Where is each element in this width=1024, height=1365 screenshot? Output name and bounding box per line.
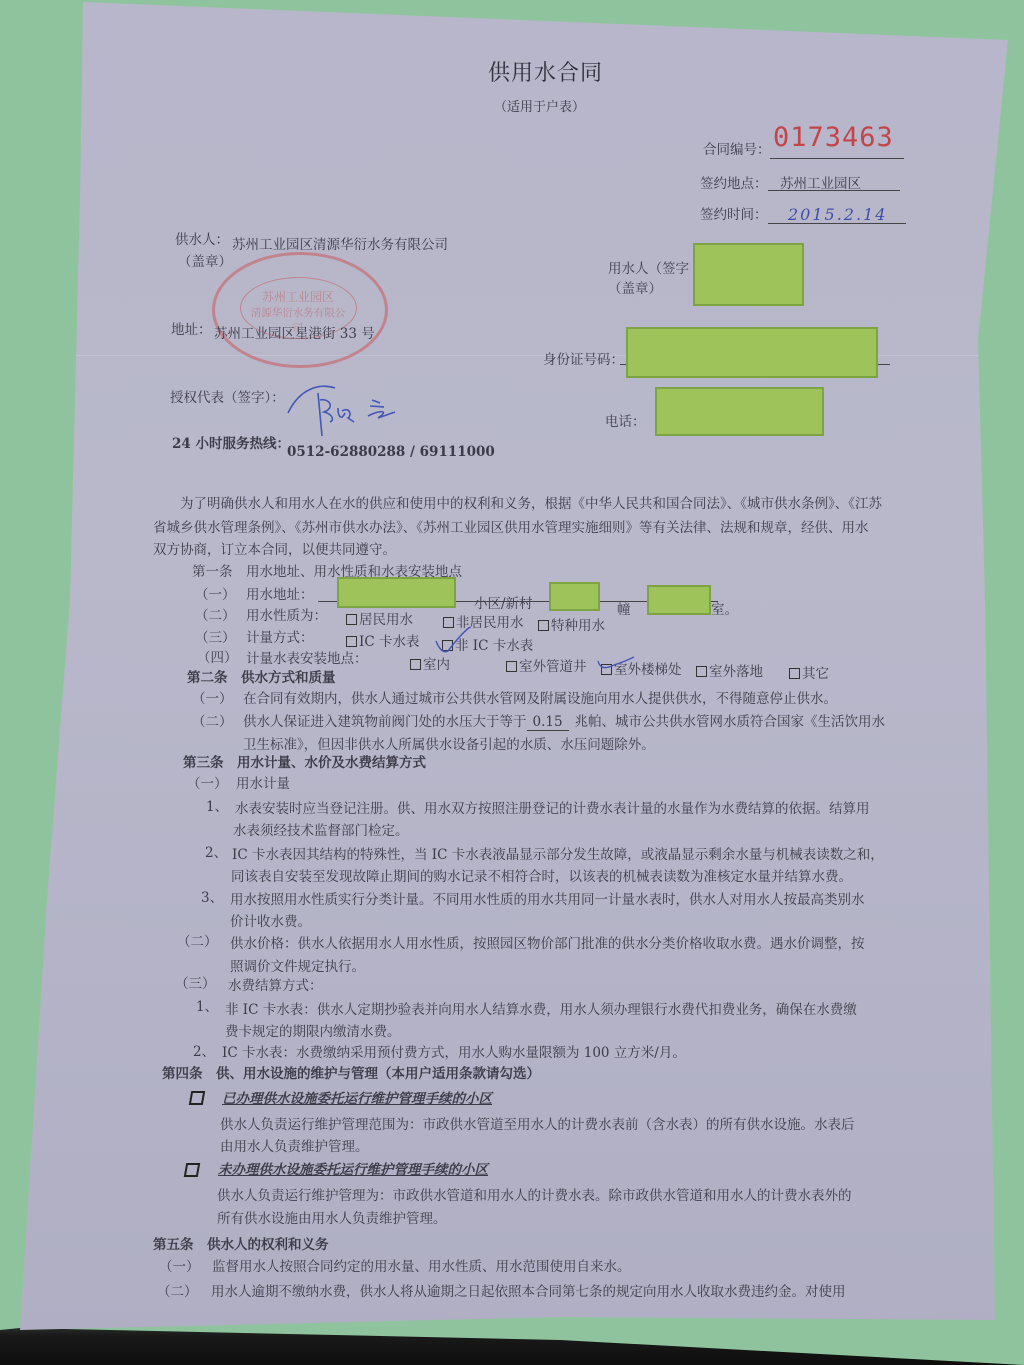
contract-no-label: 合同编号： bbox=[703, 138, 771, 158]
meter-location-label: 计量水表安装地点： bbox=[246, 647, 368, 667]
redacted-user-signature bbox=[693, 243, 804, 306]
usage-type-label: 用水性质为： bbox=[246, 604, 327, 624]
location-option-other[interactable]: 其它 bbox=[789, 662, 829, 682]
checkbox[interactable] bbox=[506, 661, 517, 672]
article-2-item-1-text: 在合同有效期内，供水人通过城市公共供水管网及附属设施向用水人提供供水，不得随意停… bbox=[243, 687, 837, 707]
location-option-indoor[interactable]: 室内 bbox=[410, 653, 450, 673]
preamble-line-3: 双方协商，订立本合同，以便共同遵守。 bbox=[153, 538, 396, 558]
settlement-item-1-no: 1、 bbox=[196, 995, 218, 1015]
checkbox[interactable] bbox=[538, 620, 549, 631]
article-2-item-2-text-2: 卫生标准》，但因非供水人所属供水设备引起的水质、水压问题除外。 bbox=[243, 733, 655, 753]
article-2-item-1-no: （一） bbox=[192, 687, 233, 707]
maintenance-option-2-line-2: 所有供水设施由用水人负责维护管理。 bbox=[217, 1207, 447, 1227]
sign-time: 2015.2.14 bbox=[788, 205, 887, 224]
metering-item-1-line-2: 水表须经技术监督部门检定。 bbox=[233, 819, 409, 839]
checkbox[interactable] bbox=[346, 636, 357, 647]
hotline-label: 24 小时服务热线： bbox=[172, 432, 290, 452]
maintenance-option-1-line-2: 由用水人负责维护管理。 bbox=[220, 1135, 369, 1155]
checkbox[interactable] bbox=[696, 666, 707, 677]
redacted-room bbox=[647, 585, 711, 615]
representative-signature bbox=[280, 378, 430, 438]
maintenance-option-1-line-1: 供水人负责运行维护管理范围为：市政供水管道至用水人的计费水表前（含水表）的所有供… bbox=[220, 1113, 855, 1133]
article-2-item-2-no: （二） bbox=[192, 710, 233, 730]
preamble-line-1: 为了明确供水人和用水人在水的供应和使用中的权利和义务，根据《中华人民共和国合同法… bbox=[180, 492, 882, 512]
metering-item-2-line-1: IC 卡水表因其结构的特殊性，当 IC 卡水表液晶显示部分发生故障，或液晶显示剩… bbox=[232, 843, 884, 863]
maintenance-option-1-title: 已办理供水设施委托运行维护管理手续的小区 bbox=[222, 1087, 492, 1107]
checkbox[interactable] bbox=[410, 659, 421, 670]
supplier-address: 苏州工业园区星港街 33 号 bbox=[214, 322, 375, 342]
maintenance-option-1-checkbox[interactable] bbox=[190, 1090, 204, 1109]
sign-place: 苏州工业园区 bbox=[780, 176, 861, 192]
phone-label: 电话： bbox=[605, 410, 646, 430]
redacted-id-number bbox=[626, 327, 878, 378]
metering-item-3-line-1: 用水按照用水性质实行分类计量。不同用水性质的用水共用同一计量水表时，供水人对用水… bbox=[230, 888, 865, 908]
article-1-item-1-no: （一） bbox=[195, 583, 236, 603]
article-3-sub-2-no: （二） bbox=[177, 930, 218, 950]
rep-label: 授权代表（签字）： bbox=[170, 386, 285, 406]
maintenance-option-2-line-1: 供水人负责运行维护管理为：市政供水管道和用水人的计费水表。除市政供水管道和用水人… bbox=[217, 1184, 852, 1204]
checkbox[interactable] bbox=[346, 614, 357, 625]
community-label: 小区/新村 bbox=[474, 592, 533, 612]
metering-item-3-line-2: 价计收水费。 bbox=[230, 910, 311, 930]
contract-page: 供用水合同 （适用于户表） 合同编号： 0173463 签约地点： 苏州工业园区… bbox=[0, 0, 1024, 1365]
supplier-name: 苏州工业园区清源华衍水务有限公司 bbox=[232, 233, 448, 253]
contract-no-field: 0173463 bbox=[770, 122, 904, 159]
address-label: 地址： bbox=[171, 318, 212, 338]
article-3-sub-3-title: 水费结算方式： bbox=[228, 974, 323, 994]
settlement-item-1-line-1: 非 IC 卡水表：供水人定期抄验表并向用水人结算水费，用水人须办理银行水费代扣费… bbox=[225, 998, 857, 1018]
article-3-sub-1-no: （一） bbox=[187, 772, 228, 792]
usage-option-special[interactable]: 特种用水 bbox=[538, 614, 605, 634]
article-1-item-4-no: （四） bbox=[197, 646, 238, 666]
water-pressure-value: 0.15 bbox=[527, 714, 569, 731]
sign-time-field: 2015.2.14 bbox=[768, 205, 906, 224]
metering-item-1-no: 1、 bbox=[206, 795, 228, 815]
article-5-item-2-text: 用水人逾期不缴纳水费，供水人将从逾期之日起依照本合同第七条的规定向用水人收取水费… bbox=[211, 1280, 846, 1300]
id-number-label: 身份证号码： bbox=[543, 348, 624, 368]
sign-place-label: 签约地点： bbox=[700, 172, 768, 192]
maintenance-option-2-title: 未办理供水设施委托运行维护管理手续的小区 bbox=[218, 1158, 488, 1178]
location-option-pipe-well[interactable]: 室外管道井 bbox=[506, 655, 587, 675]
check-mark-icon bbox=[596, 655, 636, 671]
metering-item-3-no: 3、 bbox=[201, 886, 223, 906]
article-2-heading: 第二条 供水方式和质量 bbox=[187, 666, 336, 686]
article-4-heading: 第四条 供、用水设施的维护与管理（本用户适用条款请勾选） bbox=[162, 1062, 540, 1082]
article-3-sub-3-no: （三） bbox=[175, 972, 216, 992]
room-label: 室。 bbox=[711, 598, 738, 618]
supplier-label: 供水人： bbox=[175, 228, 229, 248]
stamp-text-1: 苏州工业园区 bbox=[246, 288, 350, 305]
article-5-heading: 第五条 供水人的权利和义务 bbox=[153, 1233, 329, 1253]
metering-label: 计量方式： bbox=[246, 626, 314, 646]
supplier-seal-label: （盖章） bbox=[178, 250, 232, 270]
redacted-street bbox=[337, 577, 456, 608]
building-label: 幢 bbox=[617, 598, 631, 618]
article-5-item-1-text: 监督用水人按照合同约定的用水量、用水性质、用水范围使用自来水。 bbox=[212, 1255, 631, 1275]
metering-item-1-line-1: 水表安装时应当登记注册。供、用水双方按照注册登记的计费水表计量的水量作为水费结算… bbox=[235, 797, 870, 817]
redacted-phone bbox=[655, 387, 824, 436]
document-subtitle: （适用于户表） bbox=[494, 96, 585, 115]
article-3-sub-1-title: 用水计量 bbox=[236, 772, 290, 792]
settlement-item-2-line-1: IC 卡水表：水费缴纳采用预付费方式，用水人购水量限额为 100 立方米/月。 bbox=[222, 1041, 686, 1061]
usage-option-residential[interactable]: 居民用水 bbox=[346, 608, 413, 628]
water-price-line-2: 照调价文件规定执行。 bbox=[230, 955, 365, 975]
location-option-ground[interactable]: 室外落地 bbox=[696, 660, 763, 680]
settlement-item-2-no: 2、 bbox=[193, 1040, 215, 1060]
article-5-item-2-no: （二） bbox=[157, 1280, 198, 1300]
redacted-community bbox=[549, 582, 600, 611]
article-1-item-2-no: （二） bbox=[195, 604, 236, 624]
article-3-heading: 第三条 用水计量、水价及水费结算方式 bbox=[183, 751, 426, 771]
user-sign-label: 用水人（签字 bbox=[608, 257, 689, 277]
document-title: 供用水合同 bbox=[488, 56, 603, 87]
maintenance-option-2-checkbox[interactable] bbox=[185, 1162, 199, 1181]
settlement-item-1-line-2: 费卡规定的期限内缴清水费。 bbox=[225, 1020, 401, 1040]
contract-no: 0173463 bbox=[773, 122, 894, 153]
check-mark-icon bbox=[434, 625, 474, 655]
address-label: 用水地址： bbox=[246, 583, 314, 603]
article-5-item-1-no: （一） bbox=[159, 1255, 200, 1275]
article-1-item-3-no: （三） bbox=[195, 626, 236, 646]
sign-place-field: 苏州工业园区 bbox=[768, 172, 900, 191]
user-seal-label: （盖章） bbox=[608, 277, 662, 297]
metering-item-2-line-2: 同该表自安装至发现故障止期间的购水记录不相符合时，以该表的机械表读数为准核定水量… bbox=[231, 865, 852, 885]
hotline-number: 0512-62880288 / 69111000 bbox=[287, 444, 495, 460]
sign-time-label: 签约时间： bbox=[700, 203, 768, 223]
water-price-line-1: 供水价格：供水人依据用水人用水性质，按照园区物价部门批准的供水分类价格收取水费。… bbox=[230, 932, 865, 952]
preamble-line-2: 省城乡供水管理条例》、《苏州市供水办法》、《苏州工业园区供用水管理实施细则》等有… bbox=[153, 516, 869, 536]
metering-item-2-no: 2、 bbox=[205, 841, 227, 861]
checkbox[interactable] bbox=[789, 668, 800, 679]
article-2-item-2-text: 供水人保证进入建筑物前阀门处的水压大于等于0.15兆帕、城市公共供水管网水质符合… bbox=[243, 710, 885, 730]
